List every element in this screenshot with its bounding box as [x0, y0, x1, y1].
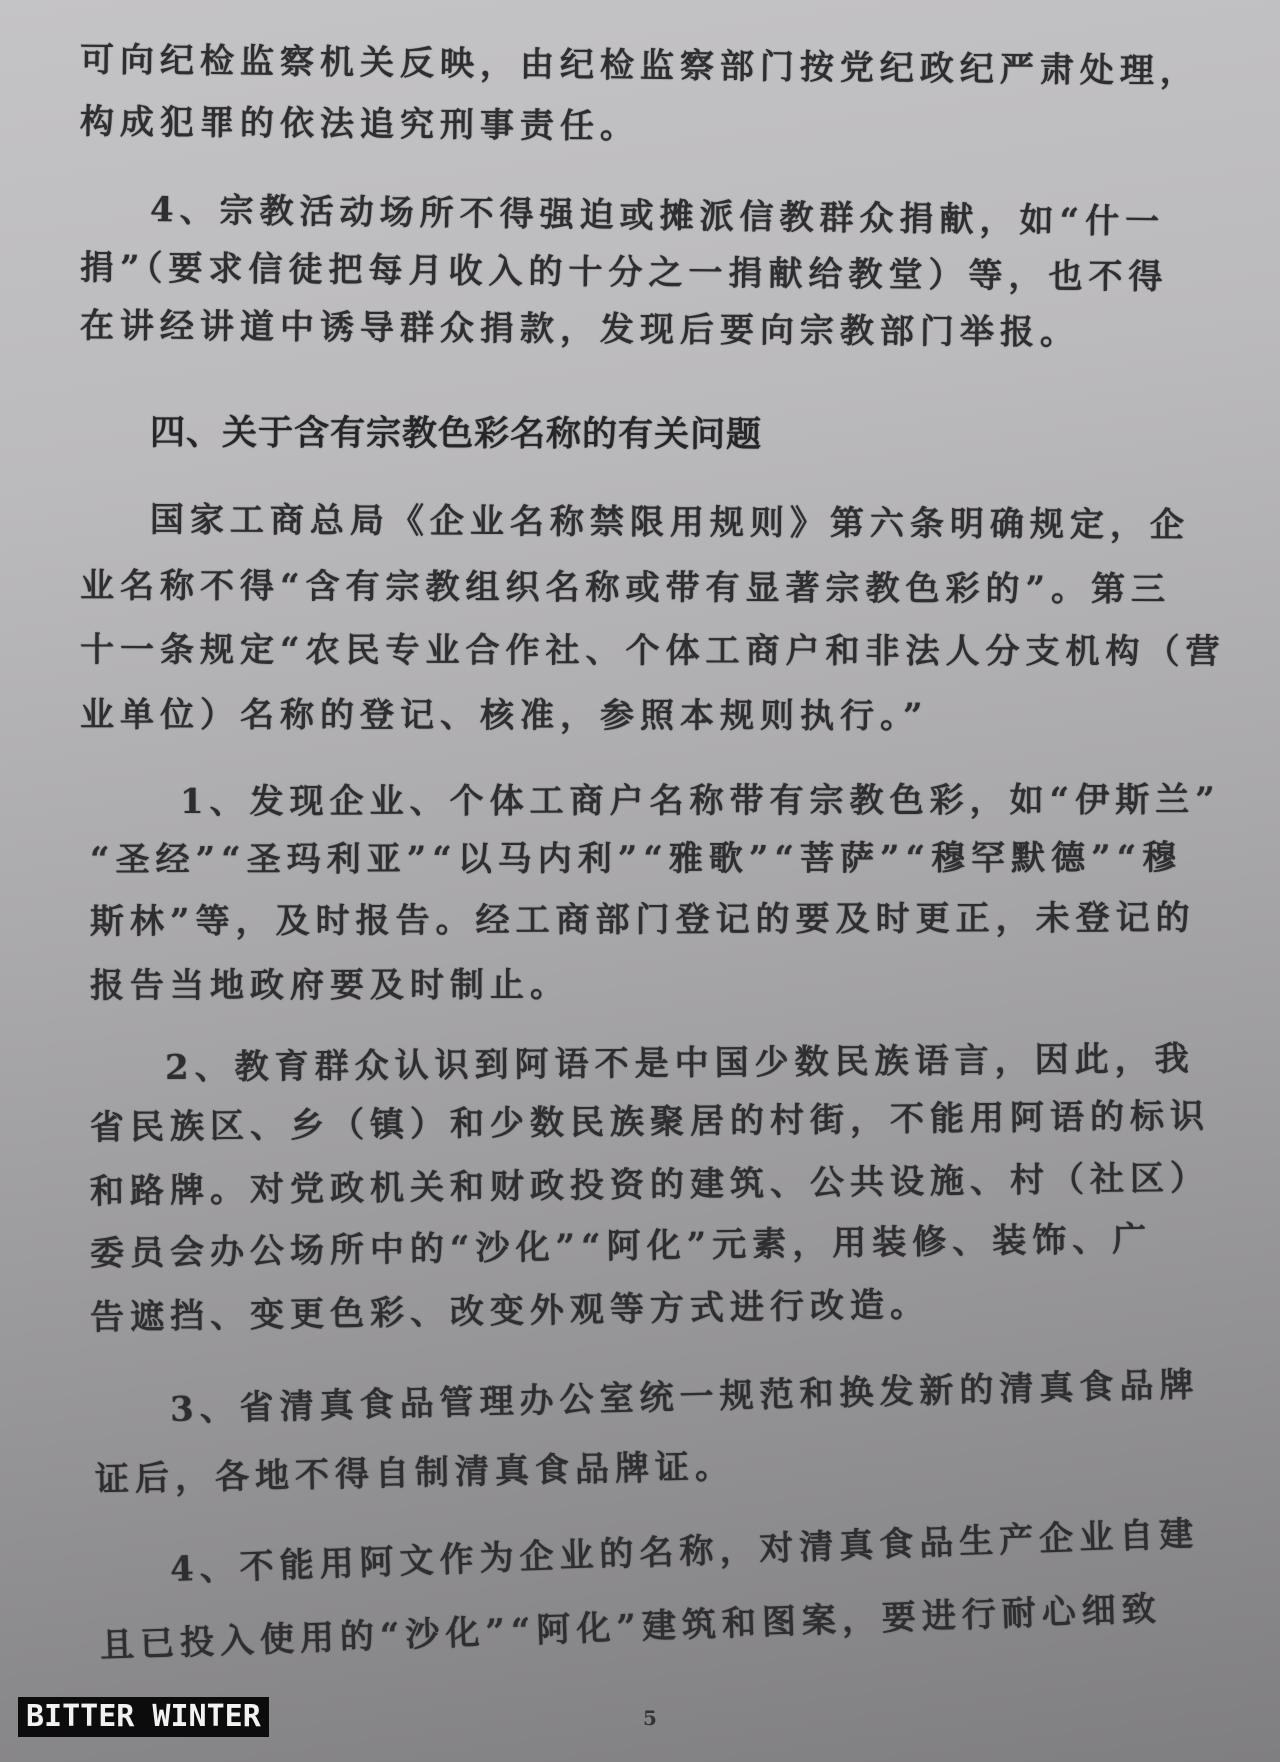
page-number: 5 [643, 1706, 657, 1730]
text-line: “圣经”“圣玛利亚”“以马内利”“雅歌”“菩萨”“穆罕默德”“穆 [90, 830, 1182, 881]
section-heading: 四、关于含有宗教色彩名称的有关问题 [150, 405, 762, 457]
text-line: 构成犯罪的依法追究刑事责任。 [80, 94, 640, 148]
text-line: 国家工商总局《企业名称禁限用规则》第六条明确规定，企 [150, 492, 1190, 546]
text-line: 可向纪检监察机关反映，由纪检监察部门按党纪政纪严肃处理， [80, 32, 1200, 93]
list-item-3-line: 3、省清真食品管理办公室统一规范和换发新的清真食品牌 [169, 1357, 1200, 1431]
list-item-1-line: 1、发现企业、个体工商户名称带有宗教色彩，如“伊斯兰” [180, 772, 1221, 823]
text-line: 捐”（要求信徒把每月收入的十分之一捐献给教堂）等，也不得 [80, 240, 1169, 298]
text-line: 且已投入使用的“沙化”“阿化”建筑和图案，要进行耐心细致 [99, 1581, 1162, 1667]
watermark-logo: BITTER WINTER [18, 1697, 269, 1737]
document-page: 可向纪检监察机关反映，由纪检监察部门按党纪政纪严肃处理， 构成犯罪的依法追究刑事… [0, 0, 1280, 1762]
text-line: 证后，各地不得自制清真食品牌证。 [94, 1439, 735, 1501]
list-item-4-line: 4、不能用阿文作为企业的名称，对清真食品生产企业自建 [169, 1506, 1200, 1591]
text-line: 业单位）名称的登记、核准，参照本规则执行。” [80, 687, 929, 737]
text-line: 斯林”等，及时报告。经工商部门登记的要及时更正，未登记的 [90, 890, 1196, 943]
text-line: 委员会办公场所中的“沙化”“阿化”元素，用装修、装饰、广 [90, 1211, 1153, 1275]
text-line: 告遮挡、变更色彩、改变外观等方式进行改造。 [90, 1277, 931, 1339]
list-item-2-line: 2、教育群众认识到阿语不是中国少数民族语言，因此，我 [165, 1031, 1195, 1089]
text-line: 省民族区、乡（镇）和少数民族聚居的村街，不能用阿语的标识 [90, 1088, 1210, 1149]
text-line: 十一条规定“农民专业合作社、个体工商户和非法人分支机构（营 [80, 622, 1226, 673]
list-item-4-line: 4、宗教活动场所不得强迫或摊派信教群众捐献，如“什一 [150, 182, 1166, 243]
text-line: 和路牌。对党政机关和财政投资的建筑、公共设施、村（社区） [90, 1150, 1211, 1213]
text-line: 业名称不得“含有宗教组织名称或带有显著宗教色彩的”。第三 [80, 558, 1171, 611]
text-line: 在讲经讲道中诱导群众捐款，发现后要向宗教部门举报。 [80, 298, 1080, 354]
text-line: 报告当地政府要及时制止。 [90, 957, 570, 1007]
